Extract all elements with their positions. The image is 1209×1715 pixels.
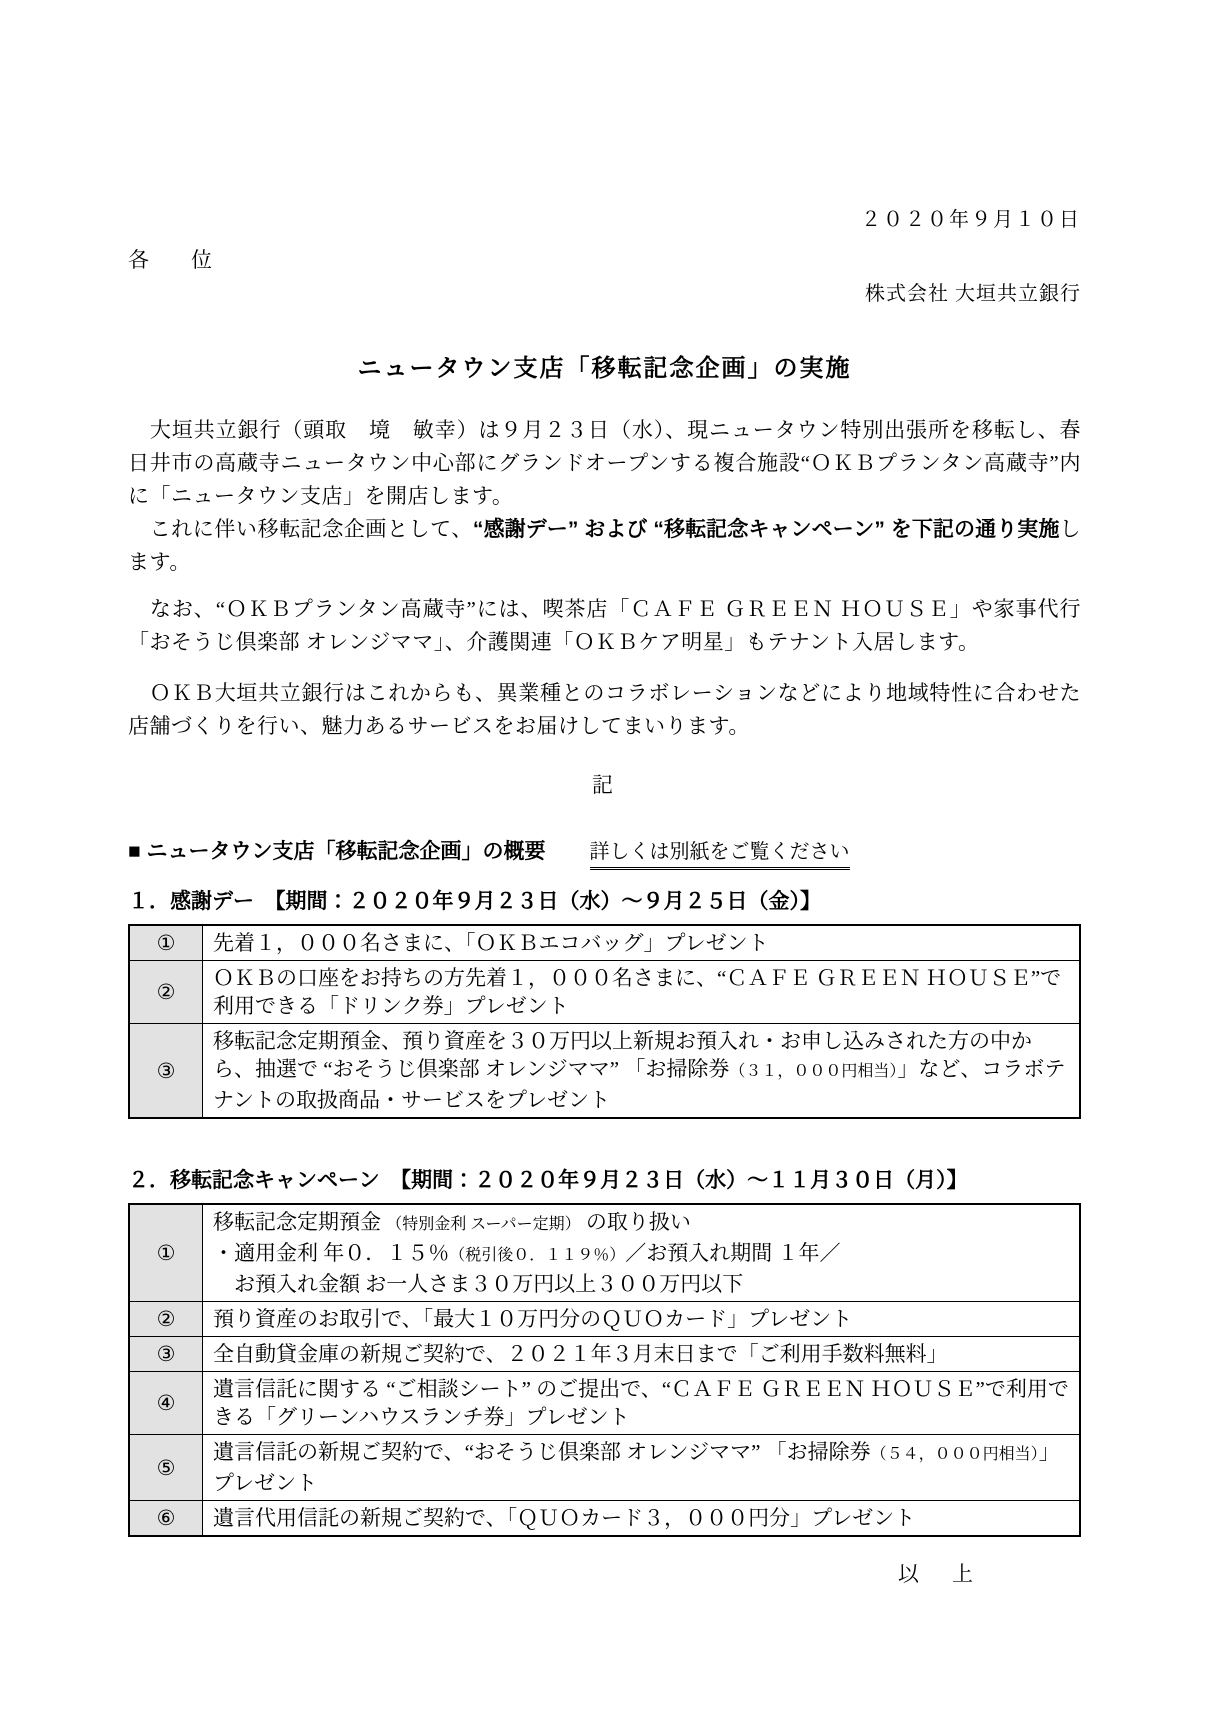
row-text-fineprint: （特別金利 スーパー定期） — [386, 1216, 580, 1233]
paragraph-opening: 大垣共立銀行（頭取 境 敏幸）は９月２３日（水）、現ニュータウン特別出張所を移転… — [128, 414, 1081, 513]
kansha-day-table: ① 先着１，０００名さまに、「ＯＫＢエコバッグ」プレゼント ② ＯＫＢの口座をお… — [128, 924, 1081, 1119]
row-text: 全自動貸金庫の新規ご契約で、２０２１年３月末日まで「ご利用手数料無料」 — [203, 1337, 1081, 1372]
row-text-segment: 遺言信託の新規ご契約で、“おそうじ倶楽部 オレンジママ” 「お掃除券 — [213, 1440, 871, 1464]
table-row: ④ 遺言信託に関する “ご相談シート” のご提出で、“ＣＡＦＥ ＧＲＥＥＮ ＨＯ… — [129, 1372, 1080, 1435]
row-text-segment: ・適用金利 年０．１５％ — [213, 1241, 449, 1265]
deposit-line-1: 移転記念定期預金 （特別金利 スーパー定期） の取り扱い — [213, 1208, 1069, 1239]
row-number: ⑥ — [129, 1501, 203, 1537]
table-row: ⑤ 遺言信託の新規ご契約で、“おそうじ倶楽部 オレンジママ” 「お掃除券（５４，… — [129, 1435, 1080, 1501]
deposit-line-3: お預入れ金額 お一人さま３０万円以上３００万円以下 — [213, 1270, 1069, 1298]
ki-label: 記 — [128, 769, 1081, 802]
deposit-line-2: ・適用金利 年０．１５％（税引後０．１１９％）／お預入れ期間 １年／ — [213, 1239, 1069, 1270]
section1-heading: １．感謝デー 【期間：２０２０年９月２３日（水）～９月２５日（金）】 — [128, 888, 1081, 915]
row-text: ＯＫＢの口座をお持ちの方先着１，０００名さまに、“ＣＡＦＥ ＧＲＥＥＮ ＨＯＵＳ… — [203, 961, 1081, 1024]
document-date: ２０２０年９月１０日 — [128, 206, 1081, 234]
section2-heading: ２．移転記念キャンペーン 【期間：２０２０年９月２３日（水）～１１月３０日（月）… — [128, 1167, 1081, 1194]
table-row: ③ 全自動貸金庫の新規ご契約で、２０２１年３月末日まで「ご利用手数料無料」 — [129, 1337, 1080, 1372]
press-release-page: ２０２０年９月１０日 各 位 株式会社 大垣共立銀行 ニュータウン支店「移転記念… — [0, 0, 1209, 1715]
row-text-segment: ／お預入れ期間 １年／ — [625, 1241, 840, 1265]
table-row: ⑥ 遺言代用信託の新規ご契約で、「ＱＵＯカード３，０００円分」プレゼント — [129, 1501, 1080, 1537]
row-text: 遺言代用信託の新規ご契約で、「ＱＵＯカード３，０００円分」プレゼント — [203, 1501, 1081, 1537]
row-number: ④ — [129, 1372, 203, 1435]
row-text: 遺言信託の新規ご契約で、“おそうじ倶楽部 オレンジママ” 「お掃除券（５４，００… — [203, 1435, 1081, 1501]
row-text: 遺言信託に関する “ご相談シート” のご提出で、“ＣＡＦＥ ＧＲＥＥＮ ＨＯＵＳ… — [203, 1372, 1081, 1435]
row-number: ② — [129, 1302, 203, 1337]
table-row: ① 移転記念定期預金 （特別金利 スーパー定期） の取り扱い ・適用金利 年０．… — [129, 1204, 1080, 1302]
row-text: 預り資産のお取引で、「最大１０万円分のＱＵＯカード」プレゼント — [203, 1302, 1081, 1337]
closing-label: 以 上 — [128, 1559, 1081, 1589]
paragraph-announcement-pre: これに伴い移転記念企画として、 — [128, 517, 473, 541]
table-row: ① 先着１，０００名さまに、「ＯＫＢエコバッグ」プレゼント — [129, 925, 1080, 961]
row-text: 移転記念定期預金 （特別金利 スーパー定期） の取り扱い ・適用金利 年０．１５… — [203, 1204, 1081, 1302]
row-text-segment: の取り扱い — [581, 1210, 691, 1234]
row-text: 移転記念定期預金、預り資産を３０万円以上新規お預入れ・お申し込みされた方の中から… — [203, 1024, 1081, 1119]
table-row: ② 預り資産のお取引で、「最大１０万円分のＱＵＯカード」プレゼント — [129, 1302, 1080, 1337]
table-row: ③ 移転記念定期預金、預り資産を３０万円以上新規お預入れ・お申し込みされた方の中… — [129, 1024, 1080, 1119]
table-row: ② ＯＫＢの口座をお持ちの方先着１，０００名さまに、“ＣＡＦＥ ＧＲＥＥＮ ＨＯ… — [129, 961, 1080, 1024]
row-text-fineprint: （３１，０００円相当） — [729, 1063, 897, 1080]
company-name: 株式会社 大垣共立銀行 — [128, 280, 1081, 308]
body-text: 大垣共立銀行（頭取 境 敏幸）は９月２３日（水）、現ニュータウン特別出張所を移転… — [128, 414, 1081, 743]
overview-heading: ■ ニュータウン支店「移転記念企画」の概要 — [128, 838, 546, 865]
paragraph-announcement: これに伴い移転記念企画として、“感謝デー” および “移転記念キャンペーン” を… — [128, 513, 1081, 579]
paragraph-closing-statement: ＯＫＢ大垣共立銀行はこれからも、異業種とのコラボレーションなどにより地域特性に合… — [128, 677, 1081, 743]
row-number: ⑤ — [129, 1435, 203, 1501]
row-number: ① — [129, 1204, 203, 1302]
row-number: ② — [129, 961, 203, 1024]
row-number: ③ — [129, 1337, 203, 1372]
overview-heading-row: ■ ニュータウン支店「移転記念企画」の概要 詳しくは別紙をご覧ください — [128, 838, 1081, 870]
row-number: ① — [129, 925, 203, 961]
document-title: ニュータウン支店「移転記念企画」の実施 — [128, 352, 1081, 386]
paragraph-announcement-bold: “感謝デー” および “移転記念キャンペーン” を下記の通り実施 — [473, 518, 1060, 541]
row-text-segment: 移転記念定期預金 — [213, 1210, 386, 1234]
addressee: 各 位 — [128, 246, 1081, 274]
overview-note-link: 詳しくは別紙をご覧ください — [590, 839, 850, 870]
paragraph-tenants: なお、“ＯＫＢプランタン高蔵寺”には、喫茶店「ＣＡＦＥ ＧＲＥＥＮ ＨＯＵＳＥ」… — [128, 593, 1081, 659]
row-number: ③ — [129, 1024, 203, 1119]
row-text: 先着１，０００名さまに、「ＯＫＢエコバッグ」プレゼント — [203, 925, 1081, 961]
row-text-fineprint: （税引後０．１１９％） — [449, 1247, 625, 1264]
campaign-table: ① 移転記念定期預金 （特別金利 スーパー定期） の取り扱い ・適用金利 年０．… — [128, 1203, 1081, 1537]
row-text-fineprint: （５４，０００円相当） — [871, 1446, 1039, 1463]
